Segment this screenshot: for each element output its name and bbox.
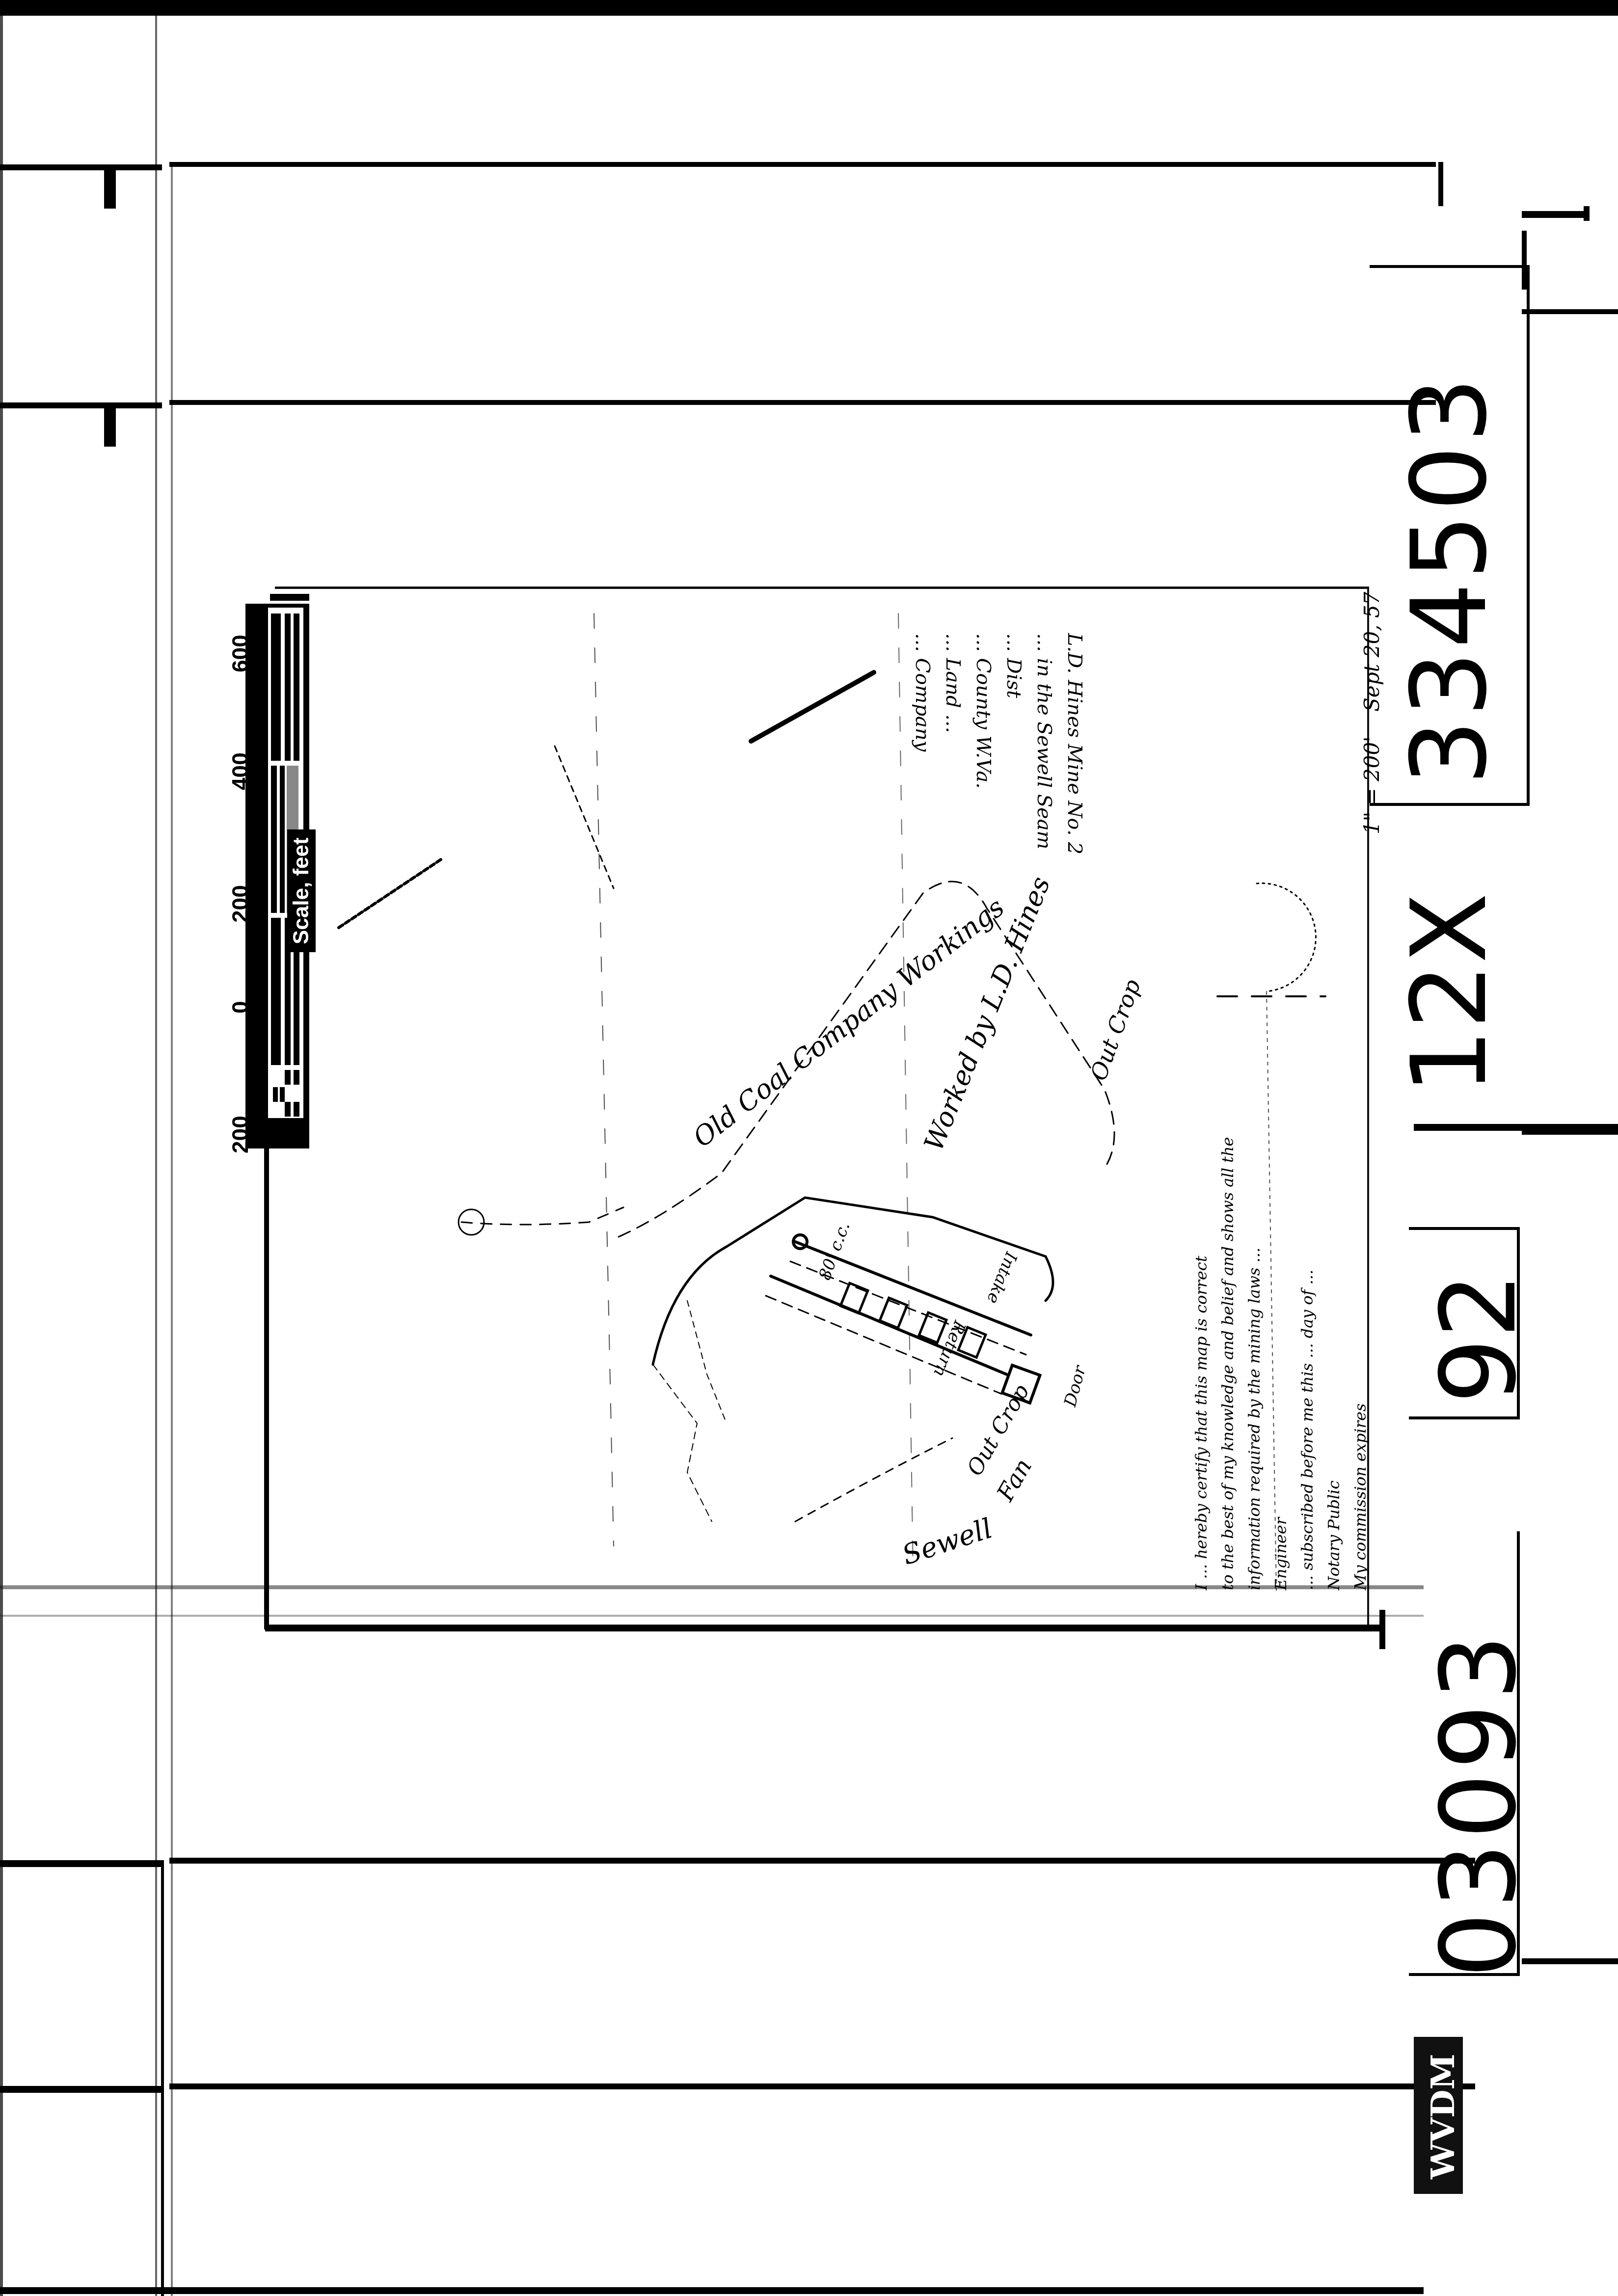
cert-line: to the best of my knowledge and belief a… (1214, 1137, 1241, 1590)
index-segment-334503: 334503 (1389, 374, 1510, 785)
title-line: ... County W.Va. (968, 633, 998, 854)
title-line: L.D. Hines Mine No. 2 (1059, 633, 1090, 854)
agency-label: WVDM (1424, 2054, 1462, 2179)
title-line: ... Dist (998, 633, 1029, 854)
cert-line: Notary Public (1321, 1137, 1347, 1590)
index-divider (1414, 1124, 1618, 1131)
index-segment-92: 92 (1419, 1273, 1539, 1404)
index-segment-12x: 12X (1389, 893, 1510, 1095)
cert-line: My commission expires (1347, 1137, 1374, 1590)
index-segment-03093: 03093 (1419, 1630, 1539, 1978)
cert-line: I ... hereby certify that this map is co… (1188, 1137, 1214, 1590)
title-line: ... in the Sewell Seam (1029, 633, 1059, 854)
title-block: L.D. Hines Mine No. 2 ... in the Sewell … (907, 633, 1090, 854)
certification-block: I ... hereby certify that this map is co… (1188, 1137, 1374, 1590)
cert-line: Engineer (1267, 1137, 1294, 1590)
cert-line: information required by the mining laws … (1241, 1137, 1267, 1590)
title-line: ... Land ... (938, 633, 968, 854)
cert-line: ... subscribed before me this ... day of… (1294, 1137, 1321, 1590)
title-line: ... Company (907, 633, 938, 854)
